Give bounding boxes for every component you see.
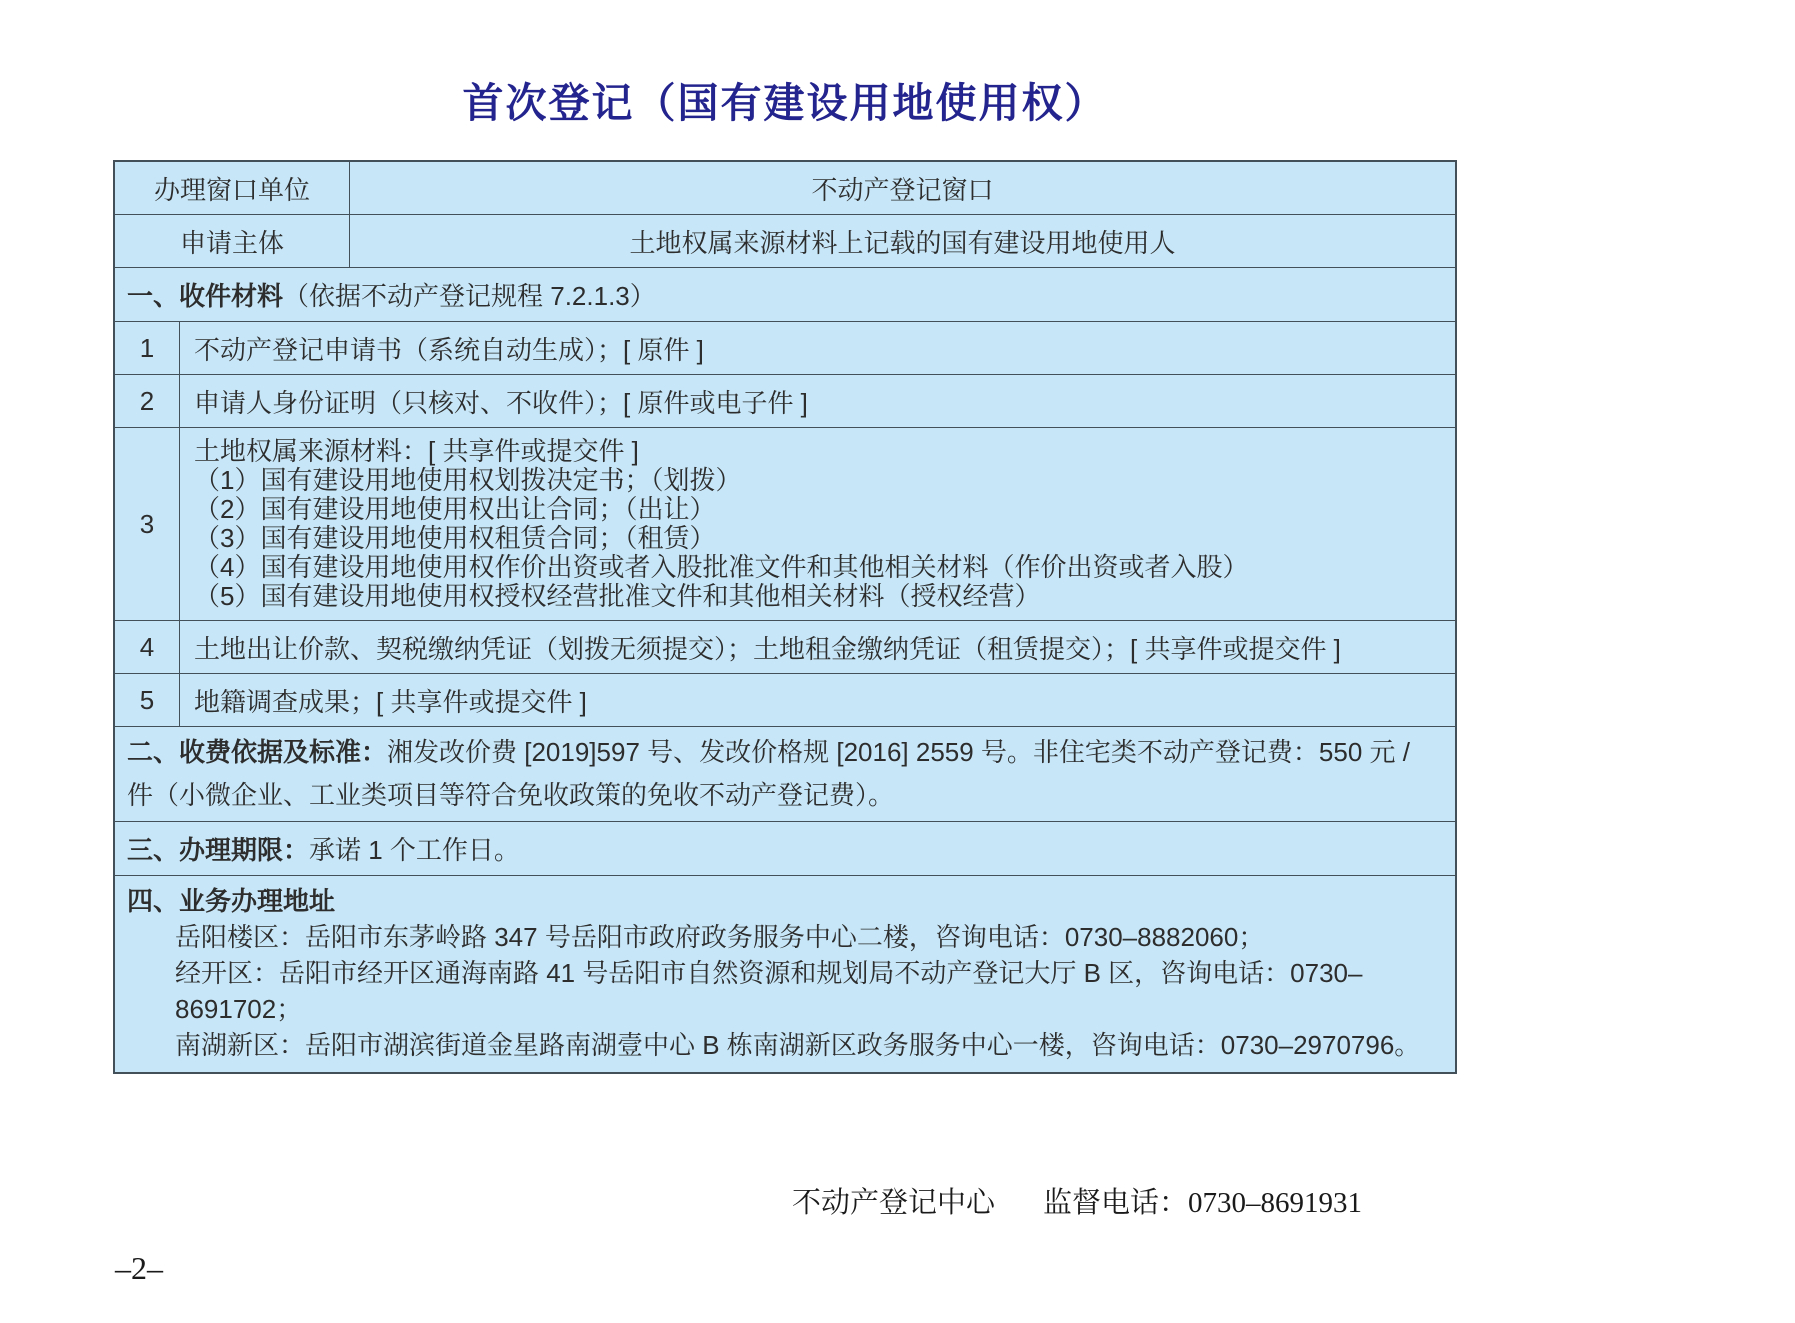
page-number: –2–: [115, 1250, 163, 1287]
row-label: 办理窗口单位: [115, 162, 350, 214]
material-row-4: 4 土地出让价款、契税缴纳凭证（划拨无须提交）；土地租金缴纳凭证（租赁提交）；[…: [115, 620, 1455, 673]
section1-heading-rest: （依据不动产登记规程 7.2.1.3）: [283, 276, 656, 313]
address-line-jingkaiqu: 经开区：岳阳市经开区通海南路 41 号岳阳市自然资源和规划局不动产登记大厅 B …: [127, 955, 1443, 1027]
document-footer: 不动产登记中心监督电话：0730–8691931: [113, 1180, 1457, 1221]
material-row-3: 3 土地权属来源材料：[ 共享件或提交件 ] （1）国有建设用地使用权划拨决定书…: [115, 427, 1455, 620]
address-line-nanhuxinqu: 南湖新区：岳阳市湖滨街道金星路南湖壹中心 B 栋南湖新区政务服务中心一楼，咨询电…: [127, 1027, 1443, 1063]
section1-heading-bold: 一、收件材料: [127, 276, 283, 313]
address-line-yueyanglou: 岳阳楼区：岳阳市东茅岭路 347 号岳阳市政府政务服务中心二楼，咨询电话：073…: [127, 919, 1443, 955]
section4-address-block: 四、业务办理地址 岳阳楼区：岳阳市东茅岭路 347 号岳阳市政府政务服务中心二楼…: [115, 876, 1455, 1072]
material-number: 2: [115, 375, 180, 427]
material-text: 不动产登记申请书（系统自动生成）；[ 原件 ]: [180, 322, 1455, 374]
document-page: 首次登记（国有建设用地使用权） 办理窗口单位 不动产登记窗口 申请主体 土地权属…: [0, 0, 1795, 1323]
section3-body-text: 承诺 1 个工作日。: [309, 830, 520, 867]
section4-heading-bold: 四、业务办理地址: [127, 883, 1443, 919]
section2-fee-text: 二、收费依据及标准：湘发改价费 [2019]597 号、发改价格规 [2016]…: [115, 727, 1455, 821]
section2-heading-bold: 二、收费依据及标准：: [127, 737, 387, 767]
section3-heading-bold: 三、办理期限：: [127, 830, 309, 867]
material-line: （2）国有建设用地使用权出让合同；（出让）: [194, 495, 1445, 524]
material-text: 地籍调查成果；[ 共享件或提交件 ]: [180, 674, 1455, 726]
material-number: 1: [115, 322, 180, 374]
material-number: 4: [115, 621, 180, 673]
section3-deadline-text: 三、办理期限：承诺 1 个工作日。: [115, 822, 1455, 875]
material-text: 土地出让价款、契税缴纳凭证（划拨无须提交）；土地租金缴纳凭证（租赁提交）；[ 共…: [180, 621, 1455, 673]
material-row-2: 2 申请人身份证明（只核对、不收件）；[ 原件或电子件 ]: [115, 374, 1455, 427]
row-value: 不动产登记窗口: [350, 162, 1455, 214]
table-row-window-unit: 办理窗口单位 不动产登记窗口: [115, 162, 1455, 214]
material-text-multiline: 土地权属来源材料：[ 共享件或提交件 ] （1）国有建设用地使用权划拨决定书；（…: [180, 428, 1455, 620]
section1-heading-row: 一、收件材料（依据不动产登记规程 7.2.1.3）: [115, 267, 1455, 321]
section1-heading: 一、收件材料（依据不动产登记规程 7.2.1.3）: [115, 268, 1455, 321]
section4-address-row: 四、业务办理地址 岳阳楼区：岳阳市东茅岭路 347 号岳阳市政府政务服务中心二楼…: [115, 875, 1455, 1072]
material-line: （1）国有建设用地使用权划拨决定书；（划拨）: [194, 466, 1445, 495]
material-text: 申请人身份证明（只核对、不收件）；[ 原件或电子件 ]: [180, 375, 1455, 427]
row-label: 申请主体: [115, 215, 350, 267]
footer-supervision-phone: 监督电话：0730–8691931: [1043, 1187, 1362, 1219]
page-title: 首次登记（国有建设用地使用权）: [113, 70, 1457, 129]
material-number: 3: [115, 428, 180, 620]
registration-info-table: 办理窗口单位 不动产登记窗口 申请主体 土地权属来源材料上记载的国有建设用地使用…: [113, 160, 1457, 1074]
material-line: 土地权属来源材料：[ 共享件或提交件 ]: [194, 437, 1445, 466]
material-line: （3）国有建设用地使用权租赁合同；（租赁）: [194, 524, 1445, 553]
row-value: 土地权属来源材料上记载的国有建设用地使用人: [350, 215, 1455, 267]
footer-org-name: 不动产登记中心: [792, 1187, 995, 1219]
material-line: （4）国有建设用地使用权作价出资或者入股批准文件和其他相关材料（作价出资或者入股…: [194, 553, 1445, 582]
section3-deadline-row: 三、办理期限：承诺 1 个工作日。: [115, 821, 1455, 875]
material-number: 5: [115, 674, 180, 726]
material-row-1: 1 不动产登记申请书（系统自动生成）；[ 原件 ]: [115, 321, 1455, 374]
material-line: （5）国有建设用地使用权授权经营批准文件和其他相关材料（授权经营）: [194, 582, 1445, 611]
table-row-applicant: 申请主体 土地权属来源材料上记载的国有建设用地使用人: [115, 214, 1455, 267]
section2-fee-row: 二、收费依据及标准：湘发改价费 [2019]597 号、发改价格规 [2016]…: [115, 726, 1455, 821]
material-row-5: 5 地籍调查成果；[ 共享件或提交件 ]: [115, 673, 1455, 726]
